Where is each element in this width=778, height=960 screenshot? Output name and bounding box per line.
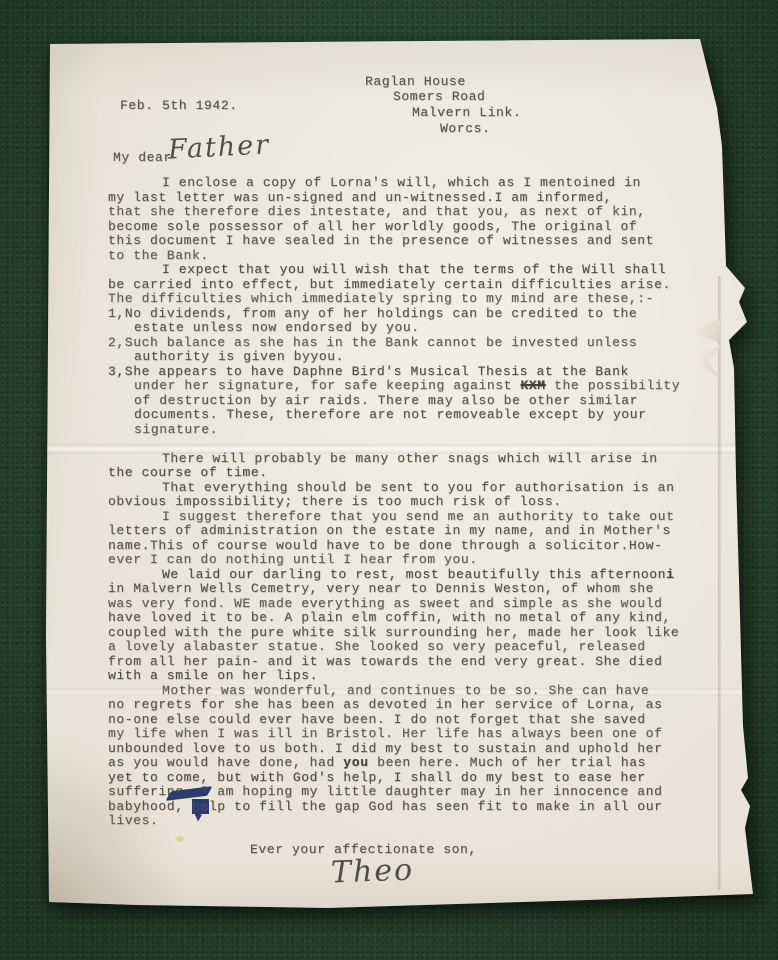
body-line: ever I can do nothing until I hear from … — [108, 553, 732, 568]
body-line: as you would have done, had you been her… — [108, 756, 732, 771]
letter-date: Feb. 5th 1942. — [120, 98, 238, 113]
paper-stain — [176, 836, 184, 842]
body-line: with a smile on her lips. — [108, 669, 732, 684]
body-line: That everything should be sent to you fo… — [108, 481, 732, 496]
body-line: I expect that you will wish that the ter… — [108, 263, 732, 278]
body-line: was very fond. WE made everything as swe… — [108, 597, 732, 612]
body-line: this document I have sealed in the prese… — [108, 234, 732, 249]
body-line: unbounded love to us both. I did my best… — [108, 742, 732, 757]
body-line: under her signature, for safe keeping ag… — [108, 379, 732, 394]
body-line: I suggest therefore that you send me an … — [108, 510, 732, 525]
body-line: my last letter was un-signed and un-witn… — [108, 191, 732, 206]
sender-address: Raglan House Somers Road Malvern Link. W… — [365, 74, 521, 137]
salutation-handwritten: Father — [167, 129, 271, 165]
blue-ink-correction: he — [192, 799, 209, 814]
salutation-typed: My dear — [113, 150, 172, 165]
body-line: coupled with the pure white silk surroun… — [108, 626, 732, 641]
body-line: We laid our darling to rest, most beauti… — [108, 568, 732, 583]
body-line: yet to come, but with God's help, I shal… — [108, 771, 732, 786]
emphasized-text: you — [343, 755, 369, 770]
body-line: Mother was wonderful, and continues to b… — [108, 684, 732, 699]
body-line: There will probably be many other snags … — [108, 452, 732, 467]
body-line: estate unless now endorsed by you. — [108, 321, 732, 336]
body-line: my life when I was ill in Bristol. Her l… — [108, 727, 732, 742]
address-line: Worcs. — [440, 121, 521, 137]
body-line: letters of administration on the estate … — [108, 524, 732, 539]
body-line: authority is given byyou. — [108, 350, 732, 365]
body-line: that she therefore dies intestate, and t… — [108, 205, 732, 220]
body-line: to the Bank. — [108, 249, 732, 264]
letter-paper-wrap: Feb. 5th 1942. Raglan House Somers Road … — [28, 36, 758, 926]
letter-photo: { "colors":{ "felt_background":"#2b4c31"… — [0, 0, 778, 960]
body-line: no-one else could ever have been. I do n… — [108, 713, 732, 728]
address-line: Raglan House — [365, 74, 521, 89]
body-line: no regrets for she has been as devoted i… — [108, 698, 732, 713]
body-line: in Malvern Wells Cemetry, very near to D… — [108, 582, 732, 597]
body-line: I enclose a copy of Lorna's will, which … — [108, 176, 732, 191]
body-line: have loved it to be. A plain elm coffin,… — [108, 611, 732, 626]
body-line: The difficulties which immediately sprin… — [108, 292, 732, 307]
body-line — [108, 437, 732, 452]
letter-paper: Feb. 5th 1942. Raglan House Somers Road … — [28, 36, 758, 920]
body-line: lives. — [108, 814, 732, 829]
body-line: babyhood, help to fill the gap God has s… — [108, 800, 732, 815]
address-line: Malvern Link. — [412, 105, 521, 121]
body-line: signature. — [108, 423, 732, 438]
body-line: 1,No dividends, from any of her holdings… — [108, 307, 732, 322]
emphasized-text: i — [666, 567, 675, 582]
body-line: from all her pain- and it was towards th… — [108, 655, 732, 670]
emphasized-text: KXM — [520, 378, 545, 393]
signature-handwritten: Theo — [330, 853, 414, 891]
body-line: become sole possessor of all her worldly… — [108, 220, 732, 235]
body-line: documents. These, therefore are not remo… — [108, 408, 732, 423]
body-line: of destruction by air raids. There may a… — [108, 394, 732, 409]
body-line: the course of time. — [108, 466, 732, 481]
address-line: Somers Road — [393, 89, 521, 105]
body-line: obvious impossibility; there is too much… — [108, 495, 732, 510]
body-line: a lovely alabaster statue. She looked so… — [108, 640, 732, 655]
body-line: be carried into effect, but immediately … — [108, 278, 732, 293]
letter-body: I enclose a copy of Lorna's will, which … — [108, 176, 732, 829]
body-line: name.This of course would have to be don… — [108, 539, 732, 554]
body-line: 3,She appears to have Daphne Bird's Musi… — [108, 365, 732, 380]
body-line: 2,Such balance as she has in the Bank ca… — [108, 336, 732, 351]
